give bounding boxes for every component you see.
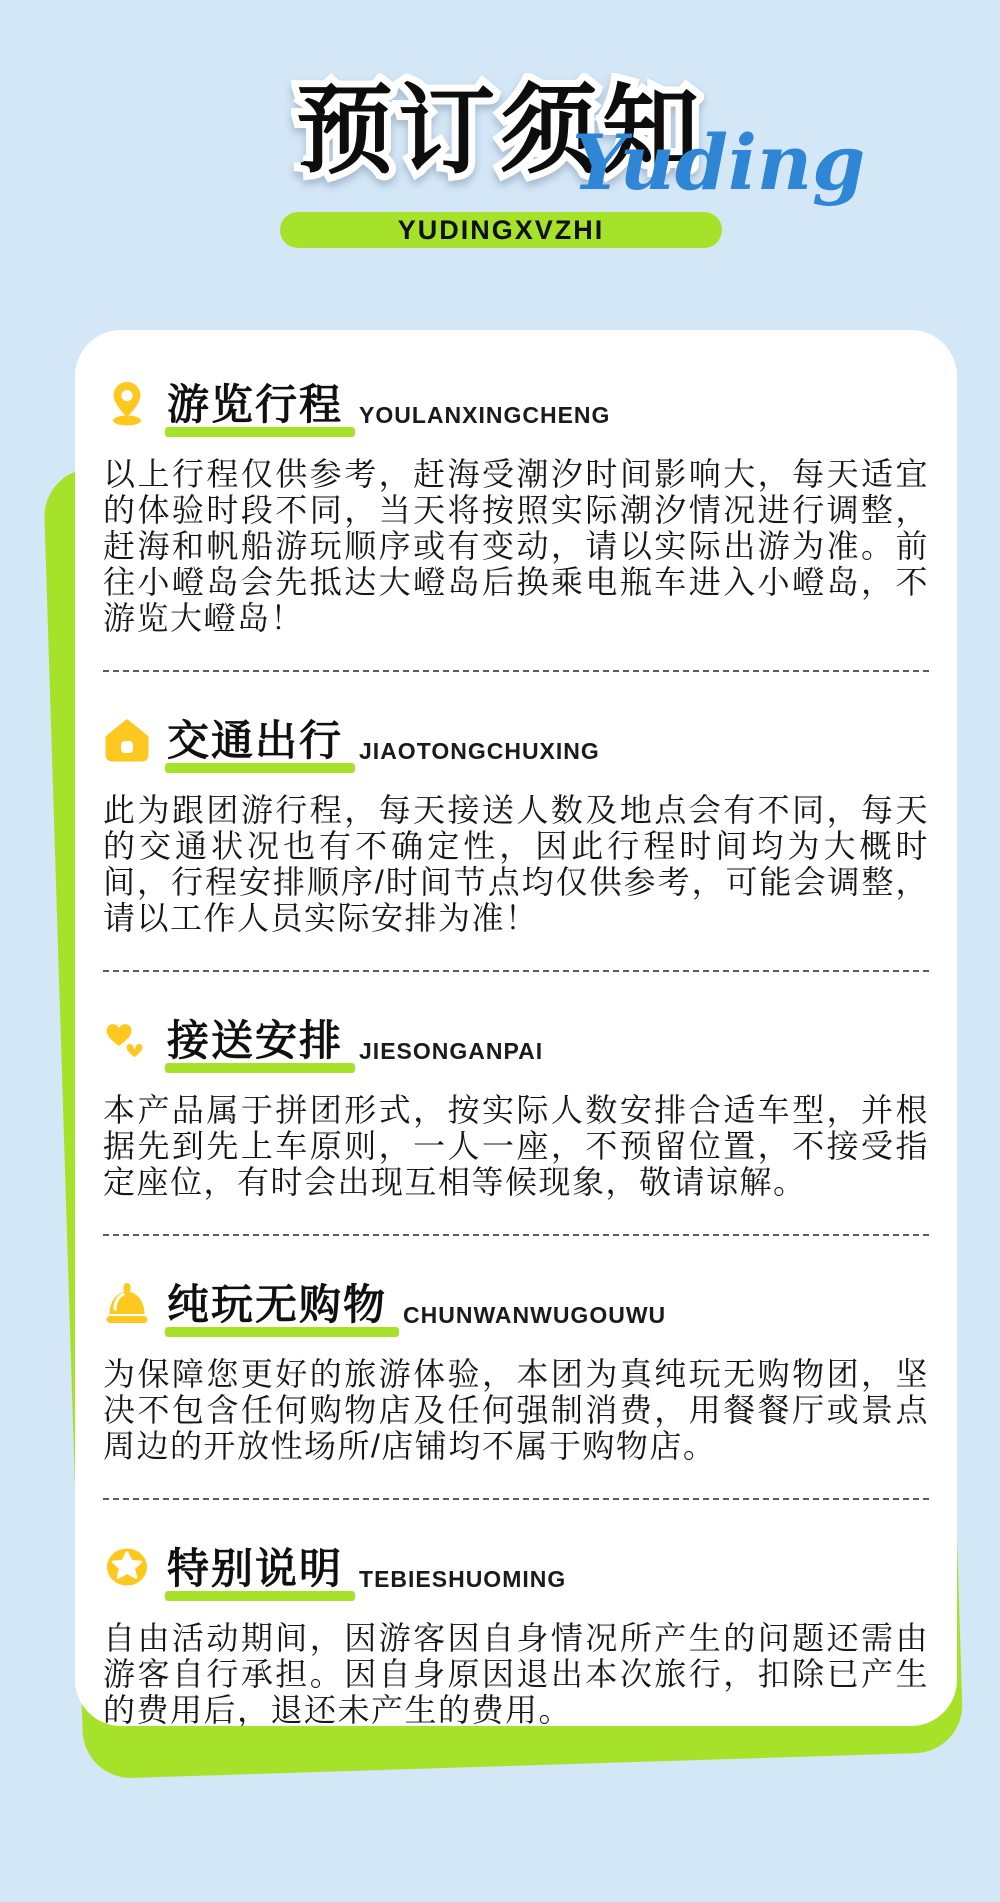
section-body: 本产品属于拼团形式，按实际人数安排合适车型，并根据先到先上车原则，一人一座，不预… xyxy=(103,1092,929,1200)
section-title-box: 纯玩无购物 xyxy=(167,1272,387,1332)
header-pill-label: YUDINGXVZHI xyxy=(398,215,605,246)
card: 游览行程 YOULANXINGCHENG 以上行程仅供参考，赶海受潮汐时间影响大… xyxy=(75,330,957,1726)
title-underline xyxy=(165,763,355,773)
section-body: 自由活动期间，因游客因自身情况所产生的问题还需由游客自行承担。因自身原因退出本次… xyxy=(103,1620,929,1726)
hearts-icon xyxy=(103,1015,151,1063)
section-title-box: 特别说明 xyxy=(167,1536,343,1596)
house-icon xyxy=(103,715,151,763)
notice-section: 特别说明 TEBIESHUOMING 自由活动期间，因游客因自身情况所产生的问题… xyxy=(103,1538,929,1726)
section-title: 接送安排 xyxy=(167,1017,343,1064)
notice-section: 接送安排 JIESONGANPAI 本产品属于拼团形式，按实际人数安排合适车型，… xyxy=(103,1010,929,1200)
section-header: 交通出行 JIAOTONGCHUXING xyxy=(103,710,929,768)
section-pinyin: YOULANXINGCHENG xyxy=(359,402,610,432)
section-title: 纯玩无购物 xyxy=(167,1281,387,1328)
section-pinyin: TEBIESHUOMING xyxy=(359,1566,566,1596)
section-title-box: 接送安排 xyxy=(167,1008,343,1068)
section-pinyin: JIESONGANPAI xyxy=(359,1038,543,1068)
section-header: 特别说明 TEBIESHUOMING xyxy=(103,1538,929,1596)
section-header: 游览行程 YOULANXINGCHENG xyxy=(103,374,929,432)
section-pinyin: JIAOTONGCHUXING xyxy=(359,738,600,768)
section-title: 特别说明 xyxy=(167,1545,343,1592)
header-pill: YUDINGXVZHI xyxy=(280,212,722,248)
section-title: 游览行程 xyxy=(167,381,343,428)
bell-icon xyxy=(103,1279,151,1327)
notice-section: 纯玩无购物 CHUNWANWUGOUWU 为保障您更好的旅游体验，本团为真纯玩无… xyxy=(103,1274,929,1464)
dashed-divider xyxy=(103,1234,929,1236)
title-underline xyxy=(165,1591,355,1601)
title-underline xyxy=(165,1327,399,1337)
dashed-divider xyxy=(103,1498,929,1500)
section-body: 为保障您更好的旅游体验，本团为真纯玩无购物团，坚决不包含任何购物店及任何强制消费… xyxy=(103,1356,929,1464)
section-title: 交通出行 xyxy=(167,717,343,764)
dashed-divider xyxy=(103,970,929,972)
section-title-box: 交通出行 xyxy=(167,708,343,768)
section-title-box: 游览行程 xyxy=(167,372,343,432)
star-icon xyxy=(103,1543,151,1591)
section-header: 接送安排 JIESONGANPAI xyxy=(103,1010,929,1068)
title-underline xyxy=(165,427,355,437)
section-header: 纯玩无购物 CHUNWANWUGOUWU xyxy=(103,1274,929,1332)
notice-section: 游览行程 YOULANXINGCHENG 以上行程仅供参考，赶海受潮汐时间影响大… xyxy=(103,374,929,636)
section-body: 此为跟团游行程，每天接送人数及地点会有不同，每天的交通状况也有不确定性，因此行程… xyxy=(103,792,929,936)
section-body: 以上行程仅供参考，赶海受潮汐时间影响大，每天适宜的体验时段不同，当天将按照实际潮… xyxy=(103,456,929,636)
dashed-divider xyxy=(103,670,929,672)
header-script-text: Yuding xyxy=(572,118,865,207)
notice-section: 交通出行 JIAOTONGCHUXING 此为跟团游行程，每天接送人数及地点会有… xyxy=(103,710,929,936)
title-underline xyxy=(165,1063,355,1073)
section-pinyin: CHUNWANWUGOUWU xyxy=(403,1302,666,1332)
location-pin-icon xyxy=(103,379,151,427)
